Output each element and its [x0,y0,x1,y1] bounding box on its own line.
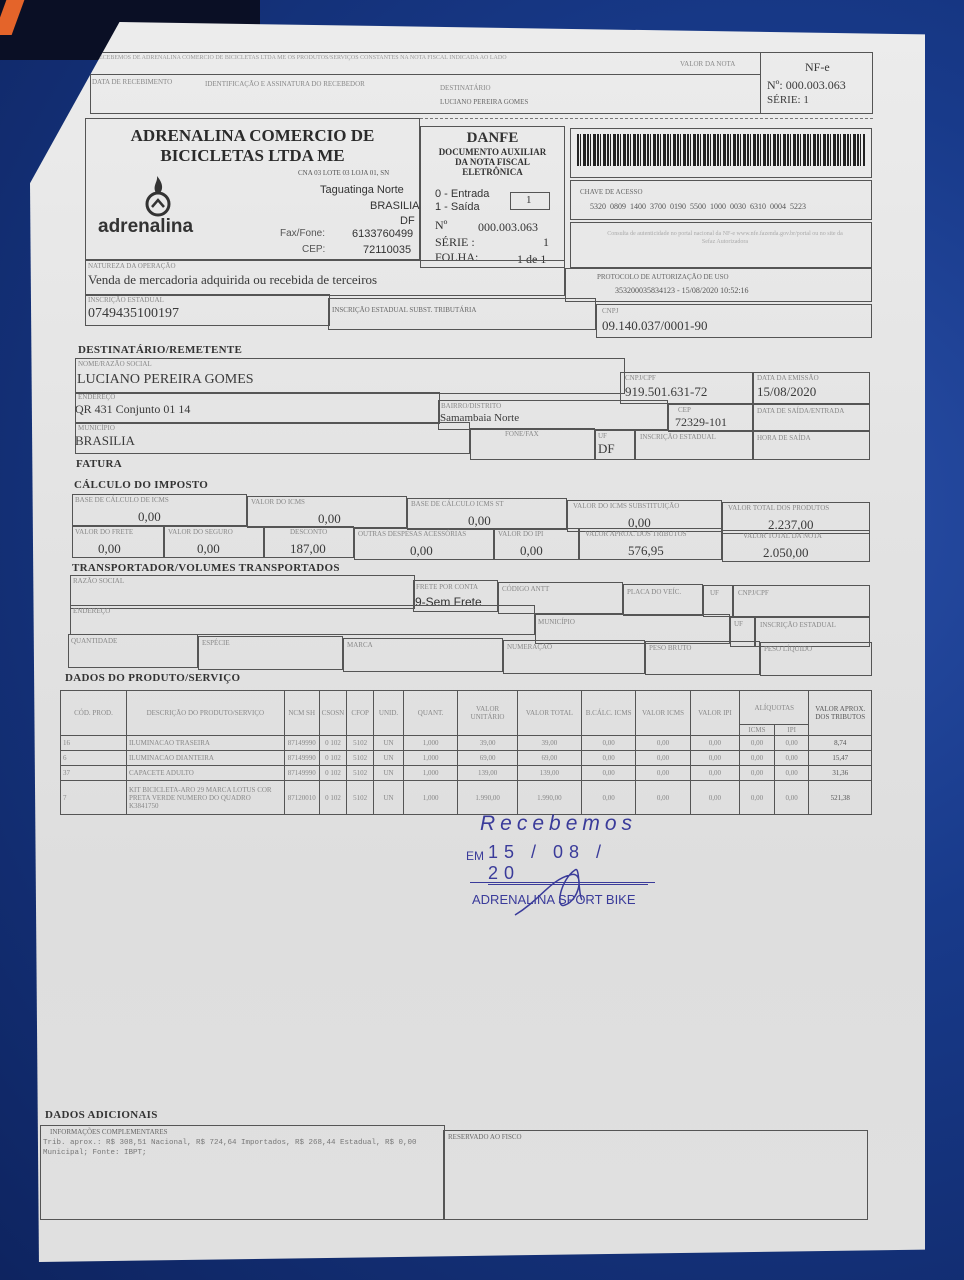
transp-razao-label: RAZÃO SOCIAL [73,577,124,585]
col-header: UNID. [374,691,404,736]
transp-ie-label: INSCRIÇÃO ESTADUAL [760,621,836,629]
produtos-header-row: CÓD. PROD. DESCRIÇÃO DO PRODUTO/SERVIÇO … [61,691,872,725]
fatura-section: FATURA [76,458,122,470]
cell-csosn: 0 102 [319,736,347,751]
danfe-numero: 000.003.063 [478,220,538,235]
table-row: 37CAPACETE ADULTO871499900 1025102UN1,00… [61,766,872,781]
chave-value: 5320 0809 1400 3700 0190 5500 1000 0030 … [590,202,806,211]
emitente-bairro: Taguatinga Norte [320,184,404,196]
canhoto-valor-label: VALOR DA NOTA [680,60,735,68]
stamp-recebemos: Recebemos [480,812,637,836]
transp-frete-label: FRETE POR CONTA [416,583,478,591]
cell-aicms: 0,00 [740,781,775,815]
danfe-serie-label: SÉRIE : [435,235,475,250]
danfe-subtitle3: ELETRÔNICA [420,167,565,177]
cell-ncm: 87149990 [284,751,319,766]
cell-cod: 6 [61,751,127,766]
cell-vunit: 1.990,00 [458,781,517,815]
reservado-fisco-box [443,1130,868,1220]
barcode [577,134,865,166]
adrenalina-logo: adrenalina [98,174,208,239]
cell-bc: 0,00 [581,766,635,781]
cell-bc: 0,00 [581,751,635,766]
cell-bc: 0,00 [581,736,635,751]
emitente-cep-label: CEP: [302,244,325,255]
stamp-em: EM [466,849,484,863]
cell-ncm: 87120010 [284,781,319,815]
cell-aipi: 0,00 [774,736,809,751]
protocolo-label: PROTOCOLO DE AUTORIZAÇÃO DE USO [597,273,729,281]
transp-placa-label: PLACA DO VEÍC. [627,588,681,596]
emitente-fone-label: Fax/Fone: [280,228,325,239]
transp-numeracao-box: NUMERAÇÃO [503,640,645,674]
cell-desc: CAPACETE ADULTO [126,766,284,781]
transp-marca-box: MARCA [343,638,503,672]
imposto-cell: VALOR DO ICMS0,00 [247,496,407,528]
cell-ipi: 0,00 [690,751,739,766]
signature-icon [510,860,620,920]
cell-ncm: 87149990 [284,736,319,751]
cell-cod: 7 [61,781,127,815]
transp-peso-liquido-box: PESO LÍQUIDO [760,642,872,676]
produtos-section: DADOS DO PRODUTO/SERVIÇO [65,672,240,684]
cell-cfop: 5102 [347,736,374,751]
cell-aipi: 0,00 [774,751,809,766]
emitente-cep: 72110035 [363,244,411,256]
cell-vunit: 69,00 [458,751,517,766]
col-header: CSOSN [319,691,347,736]
danfe-numero-label: Nº [435,218,447,233]
reservado-fisco-label: RESERVADO AO FISCO [448,1133,522,1141]
transp-peso-bruto-box: PESO BRUTO [645,641,760,675]
stamp-company: ADRENALINA SPORT BIKE [472,892,636,907]
protocolo-value: 353200035834123 - 15/08/2020 10:52:16 [615,286,749,295]
destinatario-cpf-label: CNPJ/CPF [625,374,656,382]
cnpj-label: CNPJ [602,307,618,315]
danfe-document: RECEBEMOS DE ADRENALINA COMERCIO DE BICI… [30,22,925,1262]
danfe-saida: 1 - Saída [435,201,480,213]
cell-desc: ILUMINACAO DIANTEIRA [126,751,284,766]
destinatario-nome-label: NOME/RAZÃO SOCIAL [78,360,152,368]
col-header: QUANT. [403,691,457,736]
cell-ipi: 0,00 [690,766,739,781]
imposto-cell: VALOR DO IPI0,00 [494,528,579,560]
chave-box [570,180,872,220]
transp-cnpj-label: CNPJ/CPF [738,589,769,597]
cell-icms: 0,00 [636,781,690,815]
canhoto-destinatario-value: LUCIANO PEREIRA GOMES [440,98,528,106]
info-complementares-label: INFORMAÇÕES COMPLEMENTARES [50,1128,167,1136]
cell-qtd: 1,000 [403,736,457,751]
transp-uf-label: UF [710,589,719,597]
cell-un: UN [374,781,404,815]
danfe-subtitle1: DOCUMENTO AUXILIAR [420,147,565,157]
destinatario-bairro-label: BAIRRO/DISTRITO [441,402,501,410]
canhoto-divider [90,74,760,75]
transp-municipio-label: MUNICÍPIO [538,618,575,626]
cell-csosn: 0 102 [319,751,347,766]
cell-ipi: 0,00 [690,736,739,751]
transp-especie-box: ESPÉCIE [198,636,343,670]
col-header: DESCRIÇÃO DO PRODUTO/SERVIÇO [126,691,284,736]
cell-csosn: 0 102 [319,766,347,781]
canhoto-numero: Nº: 000.003.063 [767,78,846,93]
table-row: 6ILUMINACAO DIANTEIRA871499900 1025102UN… [61,751,872,766]
cell-qtd: 1,000 [403,766,457,781]
cell-icms: 0,00 [636,736,690,751]
canhoto-destinatario-label: DESTINATÁRIO [440,84,491,92]
cell-un: UN [374,766,404,781]
cell-aicms: 0,00 [740,751,775,766]
ie-st-label: INSCRIÇÃO ESTADUAL SUBST. TRIBUTÁRIA [332,306,476,314]
destinatario-cep: 72329-101 [675,415,727,430]
logo-text: adrenalina [98,216,193,238]
cell-bc: 0,00 [581,781,635,815]
danfe-tipo: 1 [526,194,532,206]
cell-qtd: 1,000 [403,781,457,815]
ie-label: INSCRIÇÃO ESTADUAL [88,296,164,304]
emitente-fone: 6133760499 [352,228,413,240]
cell-vunit: 39,00 [458,736,517,751]
destinatario-fone-label: FONE/FAX [505,430,539,438]
cell-aipi: 0,00 [774,766,809,781]
danfe-title: DANFE [420,130,565,147]
imposto-cell: VALOR DO FRETE0,00 [72,526,164,558]
danfe-entrada: 0 - Entrada [435,188,489,200]
cell-trib: 31,36 [809,766,872,781]
destinatario-municipio: BRASILIA [75,433,135,449]
adicionais-section: DADOS ADICIONAIS [45,1109,158,1121]
transp-endereco-label: ENDEREÇO [73,607,110,615]
canhoto-serie: SÉRIE: 1 [767,94,809,106]
imposto-section: CÁLCULO DO IMPOSTO [74,479,208,491]
col-header: CFOP [347,691,374,736]
aliquotas-header: ALÍQUOTAS [740,691,809,725]
canhoto-header: RECEBEMOS DE ADRENALINA COMERCIO DE BICI… [95,55,507,61]
cell-trib: 15,47 [809,751,872,766]
col-header: B.CÁLC. ICMS [581,691,635,736]
chave-label: CHAVE DE ACESSO [580,188,643,196]
destinatario-section: DESTINATÁRIO/REMETENTE [78,344,242,356]
imposto-cell: VALOR TOTAL DA NOTA2.050,00 [722,530,870,562]
destinatario-cep-label: CEP [678,406,691,414]
destinatario-saida-label: DATA DE SAÍDA/ENTRADA [757,407,844,415]
emitente-city: BRASILIA [370,200,420,212]
canhoto-data-label: DATA DE RECEBIMENTO [92,78,172,86]
table-row: 7KIT BICICLETA-ARO 29 MARCA LOTUS COR PR… [61,781,872,815]
cell-vtotal: 139,00 [517,766,581,781]
emitente-name-line1: ADRENALINA COMERCIO DE [90,126,415,146]
imposto-cell: VALOR DO SEGURO0,00 [164,526,264,558]
imposto-cell: DESCONTO187,00 [264,526,354,558]
destinatario-ie-label: INSCRIÇÃO ESTADUAL [640,433,716,441]
cell-un: UN [374,736,404,751]
ie-value: 0749435100197 [88,306,179,322]
cell-vtotal: 1.990,00 [517,781,581,815]
cell-cfop: 5102 [347,766,374,781]
danfe-subtitle2: DA NOTA FISCAL [420,157,565,167]
cell-ncm: 87149990 [284,766,319,781]
col-header: CÓD. PROD. [61,691,127,736]
cell-trib: 521,38 [809,781,872,815]
transp-quantidade-box: QUANTIDADE [68,634,198,668]
cell-icms: 0,00 [636,751,690,766]
ie-st-box [328,298,596,330]
destinatario-municipio-label: MUNICÍPIO [78,424,115,432]
cell-trib: 8,74 [809,736,872,751]
col-header: VALOR TOTAL [517,691,581,736]
imposto-row1: BASE DE CÁLCULO DE ICMS0,00 VALOR DO ICM… [72,494,870,528]
col-header: NCM SH [284,691,319,736]
cell-aicms: 0,00 [740,766,775,781]
col-header: VALOR IPI [690,691,739,736]
emitente-uf: DF [400,215,415,227]
cell-desc: KIT BICICLETA-ARO 29 MARCA LOTUS COR PRE… [126,781,284,815]
emitente-name: ADRENALINA COMERCIO DE BICICLETAS LTDA M… [90,126,415,166]
natureza-label: NATUREZA DA OPERAÇÃO [88,262,176,270]
produtos-body: 16ILUMINACAO TRASEIRA871499900 1025102UN… [61,736,872,815]
transp-antt-label: CÓDIGO ANTT [502,585,549,593]
destinatario-uf: DF [598,441,615,457]
cell-desc: ILUMINACAO TRASEIRA [126,736,284,751]
info-complementares-text: Trib. aprox.: R$ 308,51 Nacional, R$ 724… [43,1138,441,1158]
danfe-title-group: DANFE DOCUMENTO AUXILIAR DA NOTA FISCAL … [420,130,565,177]
cell-ipi: 0,00 [690,781,739,815]
transp-endereco-box [70,605,535,635]
cell-aicms: 0,00 [740,736,775,751]
col-header: VALOR APROX. DOS TRIBUTOS [809,691,872,736]
transp-uf2-label: UF [734,620,743,628]
cell-vunit: 139,00 [458,766,517,781]
flame-logo-icon [138,174,178,218]
col-header: ICMS [740,725,775,736]
col-header: VALOR ICMS [636,691,690,736]
cell-aipi: 0,00 [774,781,809,815]
destinatario-nome: LUCIANO PEREIRA GOMES [77,372,254,388]
produtos-table: CÓD. PROD. DESCRIÇÃO DO PRODUTO/SERVIÇO … [60,690,872,815]
cell-cod: 16 [61,736,127,751]
imposto-cell: BASE DE CÁLCULO DE ICMS0,00 [72,494,247,526]
danfe-serie: 1 [543,235,549,250]
destinatario-uf-label: UF [598,432,607,440]
destinatario-emissao-label: DATA DA EMISSÃO [757,374,819,382]
destinatario-cpf: 919.501.631-72 [625,384,707,400]
col-header: IPI [774,725,809,736]
table-row: 16ILUMINACAO TRASEIRA871499900 1025102UN… [61,736,872,751]
canhoto-identificacao-label: IDENTIFICAÇÃO E ASSINATURA DO RECEBEDOR [205,80,365,88]
cell-csosn: 0 102 [319,781,347,815]
cell-cfop: 5102 [347,781,374,815]
natureza-value: Venda de mercadoria adquirida ou recebid… [88,272,377,288]
canhoto-nfe-label: NF-e [805,60,830,75]
col-header: VALOR UNITÁRIO [458,691,517,736]
cell-un: UN [374,751,404,766]
cnpj-value: 09.140.037/0001-90 [602,318,707,334]
cell-icms: 0,00 [636,766,690,781]
transportador-section: TRANSPORTADOR/VOLUMES TRANSPORTADOS [72,562,340,574]
destinatario-hora-label: HORA DE SAÍDA [757,434,811,442]
emitente-name-line2: BICICLETAS LTDA ME [90,146,415,166]
consulta-text: Consulta de autenticidade no portal naci… [605,230,845,246]
imposto-cell: OUTRAS DESPESAS ACESSÓRIAS0,00 [354,528,494,560]
imposto-row2: VALOR DO FRETE0,00 VALOR DO SEGURO0,00 D… [72,526,870,560]
cell-vtotal: 39,00 [517,736,581,751]
cell-qtd: 1,000 [403,751,457,766]
destinatario-endereco: QR 431 Conjunto 01 14 [75,402,190,417]
destinatario-emissao: 15/08/2020 [757,384,816,400]
transp-volumes-row: QUANTIDADE ESPÉCIE MARCA NUMERAÇÃO PESO … [68,634,873,670]
cell-cod: 37 [61,766,127,781]
cell-cfop: 5102 [347,751,374,766]
imposto-cell: VALOR APROX. DOS TRIBUTOS576,95 [579,528,722,560]
received-stamp: Recebemos EM 15 / 08 / 20 ADRENALINA SPO… [470,812,710,922]
stamp-underline [470,882,655,883]
cell-vtotal: 69,00 [517,751,581,766]
destinatario-endereco-label: ENDEREÇO [78,393,115,401]
emitente-address: CNA 03 LOTE 03 LOJA 01, SN [298,169,389,177]
